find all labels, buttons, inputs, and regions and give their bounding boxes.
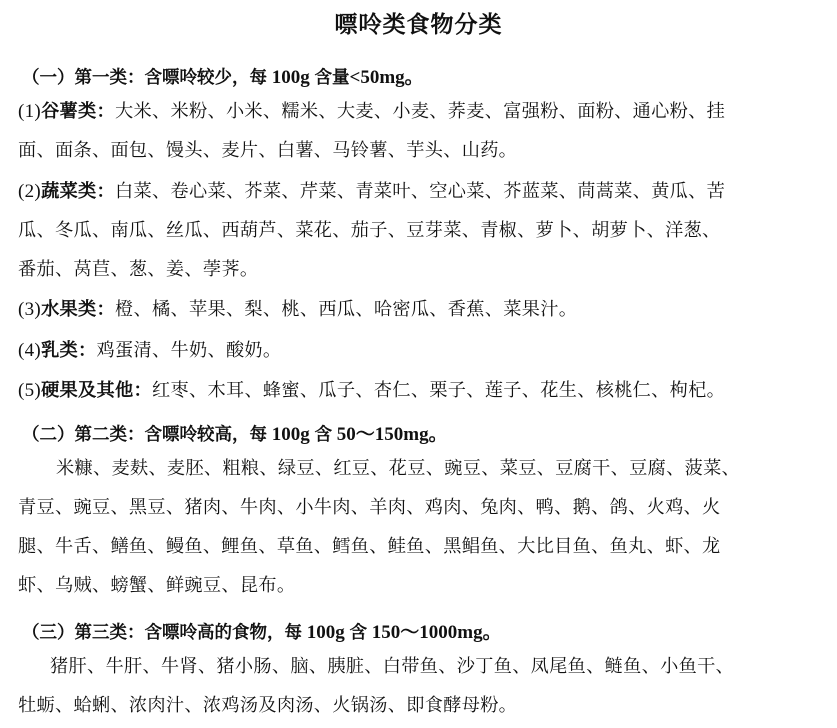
food-list: 米糠、麦麸、麦胚、粗粮、绿豆、红豆、花豆、豌豆、菜豆、豆腐干、豆腐、菠菜、 bbox=[18, 449, 820, 488]
section-heading-1: （一）第一类：含嘌呤较少，每 100g 含量<50mg。 bbox=[22, 62, 424, 89]
list-line: (3)水果类：橙、橘、苹果、梨、桃、西瓜、哈密瓜、香蕉、菜果汁。 bbox=[18, 290, 820, 329]
heading-amount: 100g bbox=[302, 622, 350, 643]
group-grains: (1)谷薯类：大米、米粉、小米、糯米、大麦、小麦、荞麦、富强粉、面粉、通心粉、挂… bbox=[18, 92, 820, 170]
heading-text: 含 bbox=[315, 425, 333, 445]
document-title: 嘌呤类食物分类 bbox=[0, 6, 837, 39]
list-line: (2)蔬菜类：白菜、卷心菜、芥菜、芹菜、青菜叶、空心菜、芥蓝菜、茼蒿菜、黄瓜、苦 bbox=[18, 172, 820, 211]
heading-amount: 100g bbox=[267, 67, 315, 88]
food-list: 虾、乌贼、螃蟹、鲜豌豆、昆布。 bbox=[18, 566, 820, 605]
group-name: 谷薯类： bbox=[41, 101, 115, 122]
heading-text: （二）第二类：含嘌呤较高，每 bbox=[22, 425, 267, 445]
list-line: (1)谷薯类：大米、米粉、小米、糯米、大麦、小麦、荞麦、富强粉、面粉、通心粉、挂 bbox=[18, 92, 820, 131]
heading-range: 50～150mg。 bbox=[332, 424, 448, 445]
food-list: 橙、橘、苹果、梨、桃、西瓜、哈密瓜、香蕉、菜果汁。 bbox=[115, 299, 577, 320]
heading-text: 含量 bbox=[315, 68, 350, 88]
section-heading-2: （二）第二类：含嘌呤较高，每 100g 含 50～150mg。 bbox=[22, 419, 448, 446]
section-3-foods: 猪肝、牛肝、牛肾、猪小肠、脑、胰脏、白带鱼、沙丁鱼、凤尾鱼、鲢鱼、小鱼干、 牡蛎… bbox=[18, 647, 820, 725]
group-name: 水果类： bbox=[41, 299, 115, 320]
list-line: (5)硬果及其他：红枣、木耳、蜂蜜、瓜子、杏仁、栗子、莲子、花生、核桃仁、枸杞。 bbox=[18, 371, 820, 410]
food-list: 番茄、莴苣、葱、姜、荸荠。 bbox=[18, 250, 820, 289]
heading-text: （三）第三类：含嘌呤高的食物，每 bbox=[22, 623, 302, 643]
group-number: (5) bbox=[18, 380, 41, 401]
food-list: 瓜、冬瓜、南瓜、丝瓜、西葫芦、菜花、茄子、豆芽菜、青椒、萝卜、胡萝卜、洋葱、 bbox=[18, 211, 820, 250]
group-nuts-others: (5)硬果及其他：红枣、木耳、蜂蜜、瓜子、杏仁、栗子、莲子、花生、核桃仁、枸杞。 bbox=[18, 371, 820, 410]
heading-amount: 100g bbox=[267, 424, 315, 445]
food-list: 鸡蛋清、牛奶、酸奶。 bbox=[97, 340, 282, 361]
food-list: 牡蛎、蛤蜊、浓肉汁、浓鸡汤及肉汤、火锅汤、即食酵母粉。 bbox=[18, 686, 820, 725]
heading-limit: <50mg。 bbox=[350, 67, 424, 88]
food-list: 红枣、木耳、蜂蜜、瓜子、杏仁、栗子、莲子、花生、核桃仁、枸杞。 bbox=[152, 380, 725, 401]
food-list: 青豆、豌豆、黑豆、猪肉、牛肉、小牛肉、羊肉、鸡肉、兔肉、鸭、鹅、鸽、火鸡、火 bbox=[18, 488, 820, 527]
group-name: 乳类： bbox=[41, 340, 96, 361]
group-name: 蔬菜类： bbox=[41, 181, 115, 202]
group-number: (4) bbox=[18, 340, 41, 361]
group-number: (1) bbox=[18, 101, 41, 122]
food-list: 白菜、卷心菜、芥菜、芹菜、青菜叶、空心菜、芥蓝菜、茼蒿菜、黄瓜、苦 bbox=[115, 181, 725, 202]
food-list: 猪肝、牛肝、牛肾、猪小肠、脑、胰脏、白带鱼、沙丁鱼、凤尾鱼、鲢鱼、小鱼干、 bbox=[18, 647, 820, 686]
group-number: (3) bbox=[18, 299, 41, 320]
heading-text: 含 bbox=[350, 623, 368, 643]
group-name: 硬果及其他： bbox=[41, 380, 152, 401]
food-list: 大米、米粉、小米、糯米、大麦、小麦、荞麦、富强粉、面粉、通心粉、挂 bbox=[115, 101, 725, 122]
food-list: 面、面条、面包、馒头、麦片、白薯、马铃薯、芋头、山药。 bbox=[18, 131, 820, 170]
group-dairy: (4)乳类：鸡蛋清、牛奶、酸奶。 bbox=[18, 331, 820, 370]
section-2-foods: 米糠、麦麸、麦胚、粗粮、绿豆、红豆、花豆、豌豆、菜豆、豆腐干、豆腐、菠菜、 青豆… bbox=[18, 449, 820, 605]
group-number: (2) bbox=[18, 181, 41, 202]
group-vegetables: (2)蔬菜类：白菜、卷心菜、芥菜、芹菜、青菜叶、空心菜、芥蓝菜、茼蒿菜、黄瓜、苦… bbox=[18, 172, 820, 289]
heading-range: 150～1000mg。 bbox=[367, 622, 502, 643]
heading-text: （一）第一类：含嘌呤较少，每 bbox=[22, 68, 267, 88]
list-line: (4)乳类：鸡蛋清、牛奶、酸奶。 bbox=[18, 331, 820, 370]
group-fruits: (3)水果类：橙、橘、苹果、梨、桃、西瓜、哈密瓜、香蕉、菜果汁。 bbox=[18, 290, 820, 329]
section-heading-3: （三）第三类：含嘌呤高的食物，每 100g 含 150～1000mg。 bbox=[22, 617, 502, 644]
food-list: 腿、牛舌、鳝鱼、鳗鱼、鲤鱼、草鱼、鳕鱼、鲑鱼、黑鲳鱼、大比目鱼、鱼丸、虾、龙 bbox=[18, 527, 820, 566]
